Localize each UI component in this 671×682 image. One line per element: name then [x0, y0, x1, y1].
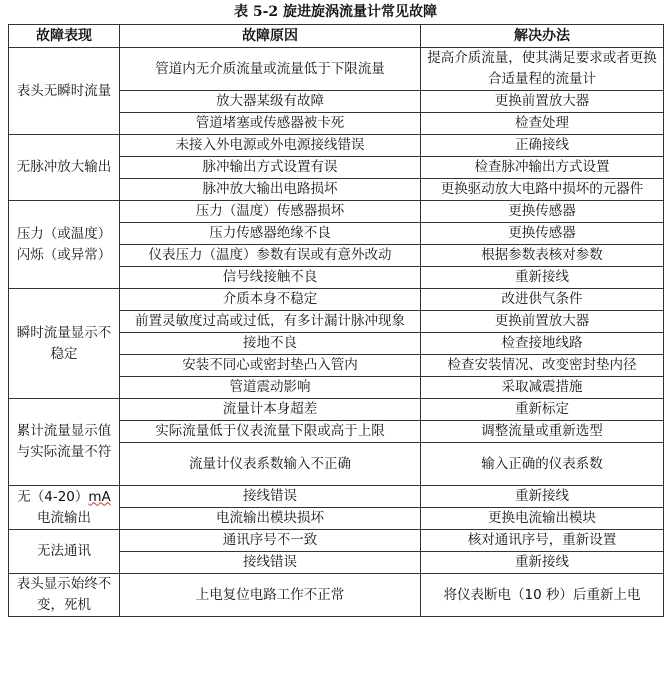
fault-table: 故障表现 故障原因 解决办法 表头无瞬时流量 管道内无介质流量或流量低于下限流量…	[8, 24, 664, 617]
cause-cell: 接地不良	[120, 333, 421, 355]
solution-cell: 更换前置放大器	[421, 311, 664, 333]
solution-cell: 输入正确的仪表系数	[421, 443, 664, 486]
solution-cell: 检查处理	[421, 113, 664, 135]
cause-cell: 接线错误	[120, 552, 421, 574]
solution-cell: 核对通讯序号，重新设置	[421, 530, 664, 552]
solution-cell: 检查脉冲输出方式设置	[421, 157, 664, 179]
cause-cell: 仪表压力（温度）参数有误或有意外改动	[120, 245, 421, 267]
symptom-suffix: 电流输出	[37, 510, 91, 526]
cause-cell: 管道堵塞或传感器被卡死	[120, 113, 421, 135]
solution-cell: 提高介质流量，使其满足要求或者更换合适量程的流量计	[421, 48, 664, 91]
solution-cell: 正确接线	[421, 135, 664, 157]
cause-cell: 脉冲输出方式设置有误	[120, 157, 421, 179]
symptom-cell: 无法通讯	[9, 530, 120, 574]
cause-cell: 放大器某级有故障	[120, 91, 421, 113]
table-header-row: 故障表现 故障原因 解决办法	[9, 25, 664, 48]
cause-cell: 管道震动影响	[120, 377, 421, 399]
cause-cell: 介质本身不稳定	[120, 289, 421, 311]
solution-cell: 重新接线	[421, 267, 664, 289]
symptom-cell: 瞬时流量显示不稳定	[9, 289, 120, 399]
table-row: 无（4-20）mA 电流输出 接线错误 重新接线	[9, 486, 664, 508]
solution-cell: 根据参数表核对参数	[421, 245, 664, 267]
table-row: 瞬时流量显示不稳定 介质本身不稳定 改进供气条件	[9, 289, 664, 311]
solution-cell: 更换驱动放大电路中损坏的元器件	[421, 179, 664, 201]
solution-cell: 更换电流输出模块	[421, 508, 664, 530]
solution-cell: 更换传感器	[421, 223, 664, 245]
table-row: 压力（或温度）闪烁（或异常） 压力（温度）传感器损坏 更换传感器	[9, 201, 664, 223]
cause-cell: 前置灵敏度过高或过低，有多计漏计脉冲现象	[120, 311, 421, 333]
table-row: 表头无瞬时流量 管道内无介质流量或流量低于下限流量 提高介质流量，使其满足要求或…	[9, 48, 664, 91]
symptom-prefix: 无（4-20）	[17, 489, 88, 505]
solution-cell: 改进供气条件	[421, 289, 664, 311]
cause-cell: 未接入外电源或外电源接线错误	[120, 135, 421, 157]
cause-cell: 流量计本身超差	[120, 399, 421, 421]
solution-cell: 调整流量或重新选型	[421, 421, 664, 443]
cause-cell: 上电复位电路工作不正常	[120, 574, 421, 617]
solution-cell: 将仪表断电（10 秒）后重新上电	[421, 574, 664, 617]
table-caption: 表 5-2 旋进旋涡流量计常见故障	[0, 2, 671, 22]
header-symptom: 故障表现	[9, 25, 120, 48]
solution-cell: 更换前置放大器	[421, 91, 664, 113]
spellcheck-flagged-unit: mA	[88, 489, 110, 505]
symptom-cell: 无脉冲放大输出	[9, 135, 120, 201]
cause-cell: 管道内无介质流量或流量低于下限流量	[120, 48, 421, 91]
solution-cell: 重新标定	[421, 399, 664, 421]
cause-cell: 压力（温度）传感器损坏	[120, 201, 421, 223]
table-row: 无法通讯 通讯序号不一致 核对通讯序号，重新设置	[9, 530, 664, 552]
solution-cell: 检查接地线路	[421, 333, 664, 355]
solution-cell: 重新接线	[421, 552, 664, 574]
table-row: 累计流量显示值与实际流量不符 流量计本身超差 重新标定	[9, 399, 664, 421]
header-cause: 故障原因	[120, 25, 421, 48]
solution-cell: 更换传感器	[421, 201, 664, 223]
solution-cell: 重新接线	[421, 486, 664, 508]
cause-cell: 脉冲放大输出电路损坏	[120, 179, 421, 201]
solution-cell: 检查安装情况、改变密封垫内径	[421, 355, 664, 377]
table-row: 表头显示始终不变，死机 上电复位电路工作不正常 将仪表断电（10 秒）后重新上电	[9, 574, 664, 617]
table-row: 无脉冲放大输出 未接入外电源或外电源接线错误 正确接线	[9, 135, 664, 157]
cause-cell: 电流输出模块损坏	[120, 508, 421, 530]
cause-cell: 流量计仪表系数输入不正确	[120, 443, 421, 486]
symptom-cell: 累计流量显示值与实际流量不符	[9, 399, 120, 486]
header-solution: 解决办法	[421, 25, 664, 48]
solution-cell: 采取减震措施	[421, 377, 664, 399]
cause-cell: 接线错误	[120, 486, 421, 508]
cause-cell: 通讯序号不一致	[120, 530, 421, 552]
cause-cell: 压力传感器绝缘不良	[120, 223, 421, 245]
cause-cell: 实际流量低于仪表流量下限或高于上限	[120, 421, 421, 443]
symptom-cell: 表头无瞬时流量	[9, 48, 120, 135]
symptom-cell: 表头显示始终不变，死机	[9, 574, 120, 617]
cause-cell: 安装不同心或密封垫凸入管内	[120, 355, 421, 377]
symptom-cell: 压力（或温度）闪烁（或异常）	[9, 201, 120, 289]
symptom-cell: 无（4-20）mA 电流输出	[9, 486, 120, 530]
cause-cell: 信号线接触不良	[120, 267, 421, 289]
